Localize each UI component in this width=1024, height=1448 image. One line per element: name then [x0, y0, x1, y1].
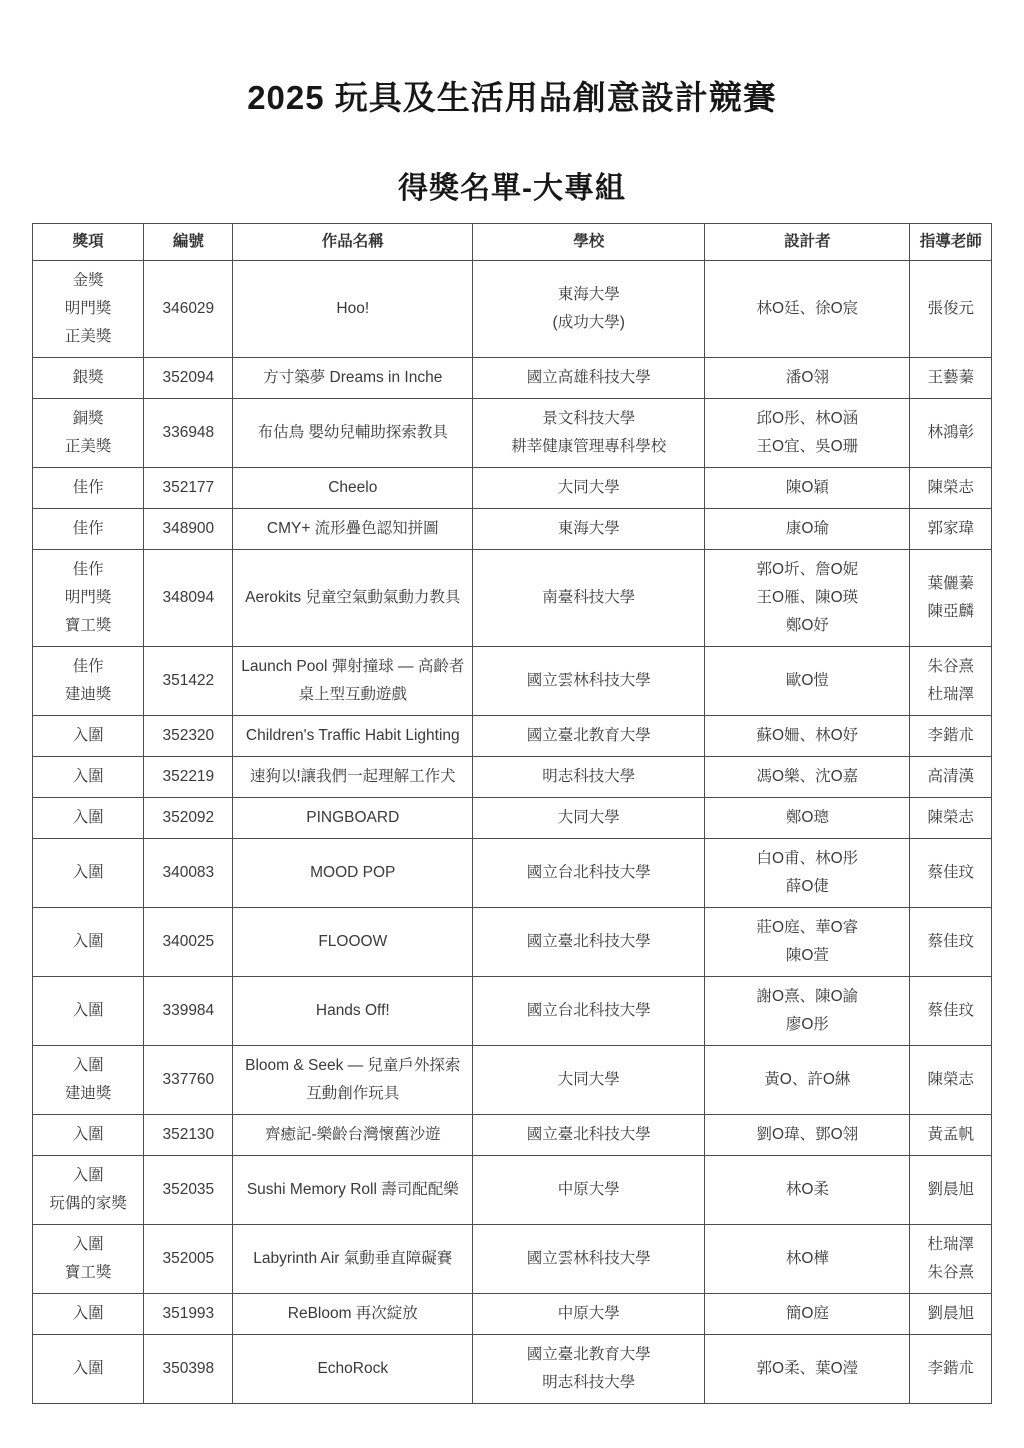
cell-line: 352035 [148, 1176, 228, 1204]
cell-line: 350398 [148, 1355, 228, 1383]
cell-line: 郭家瑋 [914, 515, 987, 543]
cell-line: 入圍 [37, 804, 139, 832]
cell-line: 339984 [148, 997, 228, 1025]
cell-line: 蔡佳玟 [914, 928, 987, 956]
entry-id-cell: 348094 [144, 550, 233, 647]
entry-id-cell: 339984 [144, 977, 233, 1046]
cell-line: 中原大學 [477, 1300, 700, 1328]
advisors-cell: 郭家瑋 [910, 509, 992, 550]
cell-line: 入圍 [37, 1121, 139, 1149]
designers-cell: 白O甫、林O彤薛O倢 [705, 839, 910, 908]
column-header: 設計者 [705, 224, 910, 261]
cell-line: 銅獎 [37, 405, 139, 433]
page-title: 2025 玩具及生活用品創意設計競賽 [32, 72, 992, 119]
award-cell: 入圍 [33, 1115, 144, 1156]
work-name-cell: FLOOOW [233, 908, 473, 977]
table-row: 入圍玩偶的家獎352035Sushi Memory Roll 壽司配配樂中原大學… [33, 1156, 992, 1225]
cell-line: 352092 [148, 804, 228, 832]
work-name-cell: Children's Traffic Habit Lighting [233, 716, 473, 757]
entry-id-cell: 346029 [144, 261, 233, 358]
cell-line: Children's Traffic Habit Lighting [237, 722, 468, 750]
table-row: 入圍352130齊癒記-樂齡台灣懷舊沙遊國立臺北科技大學劉O瑋、鄧O翎黃孟帆 [33, 1115, 992, 1156]
cell-line: 352094 [148, 364, 228, 392]
cell-line: 黃孟帆 [914, 1121, 987, 1149]
work-name-cell: Hands Off! [233, 977, 473, 1046]
cell-line: 陳榮志 [914, 1066, 987, 1094]
table-row: 佳作明門獎寶工獎348094Aerokits 兒童空氣動氣動力教具南臺科技大學郭… [33, 550, 992, 647]
cell-line: 高清漢 [914, 763, 987, 791]
cell-line: 351422 [148, 667, 228, 695]
cell-line: 佳作 [37, 556, 139, 584]
table-row: 入圍340025FLOOOW國立臺北科技大學莊O庭、華O睿陳O萱蔡佳玟 [33, 908, 992, 977]
cell-line: 莊O庭、華O睿 [709, 914, 905, 942]
work-name-cell: 齊癒記-樂齡台灣懷舊沙遊 [233, 1115, 473, 1156]
cell-line: 齊癒記-樂齡台灣懷舊沙遊 [237, 1121, 468, 1149]
award-cell: 入圍建迪獎 [33, 1046, 144, 1115]
designers-cell: 簡O庭 [705, 1294, 910, 1335]
column-header: 學校 [473, 224, 705, 261]
work-name-cell: Cheelo [233, 468, 473, 509]
designers-cell: 林O柔 [705, 1156, 910, 1225]
cell-line: 潘O翎 [709, 364, 905, 392]
cell-line: 王O雁、陳O瑛 [709, 584, 905, 612]
award-cell: 佳作 [33, 509, 144, 550]
designers-cell: 郭O柔、葉O瀅 [705, 1335, 910, 1404]
cell-line: 佳作 [37, 515, 139, 543]
cell-line: Labyrinth Air 氣動垂直障礙賽 [237, 1245, 468, 1273]
table-row: 入圍建迪獎337760Bloom & Seek — 兒童戶外探索互動創作玩具大同… [33, 1046, 992, 1115]
award-cell: 入圍 [33, 716, 144, 757]
award-cell: 金獎明門獎正美獎 [33, 261, 144, 358]
school-cell: 東海大學(成功大學) [473, 261, 705, 358]
award-cell: 入圍 [33, 757, 144, 798]
cell-line: 國立高雄科技大學 [477, 364, 700, 392]
cell-line: 林O柔 [709, 1176, 905, 1204]
cell-line: 林O樺 [709, 1245, 905, 1273]
cell-line: 金獎 [37, 267, 139, 295]
cell-line: 杜瑞澤 [914, 1231, 987, 1259]
table-row: 入圍寶工獎352005Labyrinth Air 氣動垂直障礙賽國立雲林科技大學… [33, 1225, 992, 1294]
award-cell: 銅獎正美獎 [33, 399, 144, 468]
award-cell: 佳作建迪獎 [33, 647, 144, 716]
school-cell: 東海大學 [473, 509, 705, 550]
cell-line: 林鴻彰 [914, 419, 987, 447]
school-cell: 明志科技大學 [473, 757, 705, 798]
cell-line: 明門獎 [37, 584, 139, 612]
award-cell: 佳作 [33, 468, 144, 509]
school-cell: 國立高雄科技大學 [473, 358, 705, 399]
table-row: 入圍340083MOOD POP國立台北科技大學白O甫、林O彤薛O倢蔡佳玟 [33, 839, 992, 908]
designers-cell: 謝O熹、陳O諭廖O彤 [705, 977, 910, 1046]
work-name-cell: CMY+ 流形疊色認知拼圖 [233, 509, 473, 550]
work-name-cell: 速狗以!讓我們一起理解工作犬 [233, 757, 473, 798]
designers-cell: 陳O穎 [705, 468, 910, 509]
table-row: 入圍350398EchoRock國立臺北教育大學明志科技大學郭O柔、葉O瀅李鍇朮 [33, 1335, 992, 1404]
cell-line: 佳作 [37, 474, 139, 502]
award-cell: 銀獎 [33, 358, 144, 399]
advisors-cell: 陳榮志 [910, 468, 992, 509]
entry-id-cell: 348900 [144, 509, 233, 550]
designers-cell: 林O樺 [705, 1225, 910, 1294]
entry-id-cell: 350398 [144, 1335, 233, 1404]
table-row: 入圍352320Children's Traffic Habit Lightin… [33, 716, 992, 757]
cell-line: 邱O彤、林O涵 [709, 405, 905, 433]
cell-line: 馮O樂、沈O嘉 [709, 763, 905, 791]
cell-line: 郭O柔、葉O瀅 [709, 1355, 905, 1383]
entry-id-cell: 352219 [144, 757, 233, 798]
advisors-cell: 葉儷蓁陳亞麟 [910, 550, 992, 647]
award-cell: 入圍 [33, 977, 144, 1046]
entry-id-cell: 352177 [144, 468, 233, 509]
cell-line: 李鍇朮 [914, 1355, 987, 1383]
cell-line: 佳作 [37, 653, 139, 681]
column-header: 編號 [144, 224, 233, 261]
work-name-cell: 布估鳥 嬰幼兒輔助探索教具 [233, 399, 473, 468]
cell-line: 明志科技大學 [477, 763, 700, 791]
cell-line: 方寸築夢 Dreams in Inche [237, 364, 468, 392]
cell-line: 國立臺北科技大學 [477, 1121, 700, 1149]
cell-line: 玩偶的家獎 [37, 1190, 139, 1218]
cell-line: 王O宜、吳O珊 [709, 433, 905, 461]
cell-line: 入圍 [37, 859, 139, 887]
cell-line: Aerokits 兒童空氣動氣動力教具 [237, 584, 468, 612]
cell-line: 廖O彤 [709, 1011, 905, 1039]
school-cell: 國立台北科技大學 [473, 839, 705, 908]
cell-line: 簡O庭 [709, 1300, 905, 1328]
table-row: 佳作建迪獎351422Launch Pool 彈射撞球 — 高齡者桌上型互動遊戲… [33, 647, 992, 716]
cell-line: 入圍 [37, 1162, 139, 1190]
school-cell: 南臺科技大學 [473, 550, 705, 647]
cell-line: 劉O瑋、鄧O翎 [709, 1121, 905, 1149]
advisors-cell: 杜瑞澤朱谷熹 [910, 1225, 992, 1294]
entry-id-cell: 352094 [144, 358, 233, 399]
entry-id-cell: 340025 [144, 908, 233, 977]
designers-cell: 林O廷、徐O宸 [705, 261, 910, 358]
cell-line: 鄭O妤 [709, 612, 905, 640]
work-name-cell: Hoo! [233, 261, 473, 358]
designers-cell: 莊O庭、華O睿陳O萱 [705, 908, 910, 977]
cell-line: 351993 [148, 1300, 228, 1328]
advisors-cell: 蔡佳玟 [910, 839, 992, 908]
cell-line: 白O甫、林O彤 [709, 845, 905, 873]
cell-line: 郭O圻、詹O妮 [709, 556, 905, 584]
cell-line: EchoRock [237, 1355, 468, 1383]
school-cell: 大同大學 [473, 798, 705, 839]
cell-line: 耕莘健康管理專科學校 [477, 433, 700, 461]
cell-line: 劉晨旭 [914, 1176, 987, 1204]
advisors-cell: 林鴻彰 [910, 399, 992, 468]
cell-line: 康O瑜 [709, 515, 905, 543]
designers-cell: 鄭O璁 [705, 798, 910, 839]
cell-line: 林O廷、徐O宸 [709, 295, 905, 323]
advisors-cell: 李鍇朮 [910, 1335, 992, 1404]
cell-line: 謝O熹、陳O諭 [709, 983, 905, 1011]
designers-cell: 劉O瑋、鄧O翎 [705, 1115, 910, 1156]
cell-line: 336948 [148, 419, 228, 447]
award-cell: 入圍 [33, 1294, 144, 1335]
designers-cell: 邱O彤、林O涵王O宜、吳O珊 [705, 399, 910, 468]
cell-line: 蘇O姍、林O妤 [709, 722, 905, 750]
cell-line: 340083 [148, 859, 228, 887]
cell-line: PINGBOARD [237, 804, 468, 832]
school-cell: 國立臺北教育大學明志科技大學 [473, 1335, 705, 1404]
award-cell: 入圍 [33, 839, 144, 908]
cell-line: 348900 [148, 515, 228, 543]
cell-line: 明門獎 [37, 295, 139, 323]
cell-line: 352177 [148, 474, 228, 502]
cell-line: 入圍 [37, 1231, 139, 1259]
cell-line: 入圍 [37, 763, 139, 791]
cell-line: CMY+ 流形疊色認知拼圖 [237, 515, 468, 543]
cell-line: 352005 [148, 1245, 228, 1273]
cell-line: Bloom & Seek — 兒童戶外探索互動創作玩具 [237, 1052, 468, 1108]
cell-line: 入圍 [37, 1300, 139, 1328]
cell-line: 大同大學 [477, 474, 700, 502]
school-cell: 國立臺北科技大學 [473, 1115, 705, 1156]
school-cell: 國立臺北科技大學 [473, 908, 705, 977]
cell-line: 速狗以!讓我們一起理解工作犬 [237, 763, 468, 791]
column-header: 獎項 [33, 224, 144, 261]
cell-line: 劉晨旭 [914, 1300, 987, 1328]
table-row: 銀獎352094方寸築夢 Dreams in Inche國立高雄科技大學潘O翎王… [33, 358, 992, 399]
cell-line: 正美獎 [37, 433, 139, 461]
cell-line: 入圍 [37, 928, 139, 956]
cell-line: 陳亞麟 [914, 598, 987, 626]
cell-line: 景文科技大學 [477, 405, 700, 433]
school-cell: 中原大學 [473, 1156, 705, 1225]
cell-line: 國立臺北教育大學 [477, 722, 700, 750]
cell-line: 337760 [148, 1066, 228, 1094]
work-name-cell: Launch Pool 彈射撞球 — 高齡者桌上型互動遊戲 [233, 647, 473, 716]
school-cell: 國立雲林科技大學 [473, 1225, 705, 1294]
table-row: 金獎明門獎正美獎346029Hoo!東海大學(成功大學)林O廷、徐O宸張俊元 [33, 261, 992, 358]
entry-id-cell: 352320 [144, 716, 233, 757]
page-subtitle: 得獎名單-大專組 [32, 163, 992, 207]
advisors-cell: 劉晨旭 [910, 1156, 992, 1225]
cell-line: 王藝蓁 [914, 364, 987, 392]
school-cell: 國立雲林科技大學 [473, 647, 705, 716]
cell-line: 大同大學 [477, 1066, 700, 1094]
table-row: 入圍351993ReBloom 再次綻放中原大學簡O庭劉晨旭 [33, 1294, 992, 1335]
table-header-row: 獎項編號作品名稱學校設計者指導老師 [33, 224, 992, 261]
entry-id-cell: 337760 [144, 1046, 233, 1115]
work-name-cell: ReBloom 再次綻放 [233, 1294, 473, 1335]
cell-line: Cheelo [237, 474, 468, 502]
work-name-cell: 方寸築夢 Dreams in Inche [233, 358, 473, 399]
cell-line: 大同大學 [477, 804, 700, 832]
cell-line: 340025 [148, 928, 228, 956]
cell-line: 李鍇朮 [914, 722, 987, 750]
cell-line: 國立臺北科技大學 [477, 928, 700, 956]
cell-line: 布估鳥 嬰幼兒輔助探索教具 [237, 419, 468, 447]
advisors-cell: 劉晨旭 [910, 1294, 992, 1335]
advisors-cell: 朱谷熹杜瑞澤 [910, 647, 992, 716]
school-cell: 大同大學 [473, 1046, 705, 1115]
cell-line: 352219 [148, 763, 228, 791]
cell-line: Launch Pool 彈射撞球 — 高齡者桌上型互動遊戲 [237, 653, 468, 709]
advisors-cell: 張俊元 [910, 261, 992, 358]
cell-line: 國立雲林科技大學 [477, 1245, 700, 1273]
entry-id-cell: 352092 [144, 798, 233, 839]
cell-line: 入圍 [37, 1355, 139, 1383]
cell-line: 葉儷蓁 [914, 570, 987, 598]
entry-id-cell: 340083 [144, 839, 233, 908]
cell-line: 國立台北科技大學 [477, 859, 700, 887]
designers-cell: 黃O、許O綝 [705, 1046, 910, 1115]
work-name-cell: Bloom & Seek — 兒童戶外探索互動創作玩具 [233, 1046, 473, 1115]
school-cell: 中原大學 [473, 1294, 705, 1335]
cell-line: 建迪獎 [37, 1080, 139, 1108]
cell-line: 陳O穎 [709, 474, 905, 502]
award-cell: 入圍 [33, 1335, 144, 1404]
cell-line: 建迪獎 [37, 681, 139, 709]
school-cell: 國立台北科技大學 [473, 977, 705, 1046]
cell-line: 銀獎 [37, 364, 139, 392]
cell-line: MOOD POP [237, 859, 468, 887]
cell-line: 杜瑞澤 [914, 681, 987, 709]
advisors-cell: 蔡佳玟 [910, 977, 992, 1046]
awards-table-body: 金獎明門獎正美獎346029Hoo!東海大學(成功大學)林O廷、徐O宸張俊元銀獎… [33, 261, 992, 1404]
work-name-cell: Sushi Memory Roll 壽司配配樂 [233, 1156, 473, 1225]
cell-line: Hoo! [237, 295, 468, 323]
cell-line: 348094 [148, 584, 228, 612]
award-cell: 佳作明門獎寶工獎 [33, 550, 144, 647]
cell-line: 陳O萱 [709, 942, 905, 970]
column-header: 作品名稱 [233, 224, 473, 261]
entry-id-cell: 352130 [144, 1115, 233, 1156]
cell-line: 東海大學 [477, 515, 700, 543]
cell-line: 入圍 [37, 997, 139, 1025]
cell-line: 中原大學 [477, 1176, 700, 1204]
school-cell: 大同大學 [473, 468, 705, 509]
work-name-cell: PINGBOARD [233, 798, 473, 839]
advisors-cell: 李鍇朮 [910, 716, 992, 757]
cell-line: 352130 [148, 1121, 228, 1149]
advisors-cell: 陳榮志 [910, 798, 992, 839]
designers-cell: 郭O圻、詹O妮王O雁、陳O瑛鄭O妤 [705, 550, 910, 647]
entry-id-cell: 352035 [144, 1156, 233, 1225]
table-row: 銅獎正美獎336948布估鳥 嬰幼兒輔助探索教具景文科技大學耕莘健康管理專科學校… [33, 399, 992, 468]
advisors-cell: 高清漢 [910, 757, 992, 798]
advisors-cell: 黃孟帆 [910, 1115, 992, 1156]
cell-line: Hands Off! [237, 997, 468, 1025]
school-cell: 景文科技大學耕莘健康管理專科學校 [473, 399, 705, 468]
document-page: 2025 玩具及生活用品創意設計競賽 得獎名單-大專組 獎項編號作品名稱學校設計… [0, 0, 1024, 1448]
awards-table: 獎項編號作品名稱學校設計者指導老師 金獎明門獎正美獎346029Hoo!東海大學… [32, 223, 992, 1404]
designers-cell: 馮O樂、沈O嘉 [705, 757, 910, 798]
cell-line: 346029 [148, 295, 228, 323]
advisors-cell: 陳榮志 [910, 1046, 992, 1115]
table-row: 入圍352219速狗以!讓我們一起理解工作犬明志科技大學馮O樂、沈O嘉高清漢 [33, 757, 992, 798]
cell-line: 薛O倢 [709, 873, 905, 901]
cell-line: 東海大學 [477, 281, 700, 309]
entry-id-cell: 352005 [144, 1225, 233, 1294]
cell-line: 南臺科技大學 [477, 584, 700, 612]
award-cell: 入圍 [33, 908, 144, 977]
designers-cell: 蘇O姍、林O妤 [705, 716, 910, 757]
cell-line: 朱谷熹 [914, 653, 987, 681]
cell-line: 國立雲林科技大學 [477, 667, 700, 695]
cell-line: 寶工獎 [37, 612, 139, 640]
award-cell: 入圍寶工獎 [33, 1225, 144, 1294]
cell-line: 明志科技大學 [477, 1369, 700, 1397]
cell-line: 入圍 [37, 722, 139, 750]
cell-line: 陳榮志 [914, 474, 987, 502]
award-cell: 入圍玩偶的家獎 [33, 1156, 144, 1225]
cell-line: 張俊元 [914, 295, 987, 323]
entry-id-cell: 336948 [144, 399, 233, 468]
work-name-cell: Labyrinth Air 氣動垂直障礙賽 [233, 1225, 473, 1294]
cell-line: 蔡佳玟 [914, 997, 987, 1025]
table-row: 佳作352177Cheelo大同大學陳O穎陳榮志 [33, 468, 992, 509]
cell-line: 正美獎 [37, 323, 139, 351]
column-header: 指導老師 [910, 224, 992, 261]
work-name-cell: Aerokits 兒童空氣動氣動力教具 [233, 550, 473, 647]
entry-id-cell: 351422 [144, 647, 233, 716]
cell-line: FLOOOW [237, 928, 468, 956]
cell-line: 黃O、許O綝 [709, 1066, 905, 1094]
designers-cell: 歐O愷 [705, 647, 910, 716]
designers-cell: 康O瑜 [705, 509, 910, 550]
cell-line: 入圍 [37, 1052, 139, 1080]
table-row: 入圍339984Hands Off!國立台北科技大學謝O熹、陳O諭廖O彤蔡佳玟 [33, 977, 992, 1046]
table-row: 入圍352092PINGBOARD大同大學鄭O璁陳榮志 [33, 798, 992, 839]
cell-line: 蔡佳玟 [914, 859, 987, 887]
designers-cell: 潘O翎 [705, 358, 910, 399]
cell-line: 國立台北科技大學 [477, 997, 700, 1025]
cell-line: 鄭O璁 [709, 804, 905, 832]
advisors-cell: 王藝蓁 [910, 358, 992, 399]
table-row: 佳作348900CMY+ 流形疊色認知拼圖東海大學康O瑜郭家瑋 [33, 509, 992, 550]
advisors-cell: 蔡佳玟 [910, 908, 992, 977]
cell-line: 352320 [148, 722, 228, 750]
work-name-cell: MOOD POP [233, 839, 473, 908]
cell-line: 陳榮志 [914, 804, 987, 832]
cell-line: 歐O愷 [709, 667, 905, 695]
cell-line: 國立臺北教育大學 [477, 1341, 700, 1369]
cell-line: ReBloom 再次綻放 [237, 1300, 468, 1328]
cell-line: 朱谷熹 [914, 1259, 987, 1287]
school-cell: 國立臺北教育大學 [473, 716, 705, 757]
cell-line: 寶工獎 [37, 1259, 139, 1287]
work-name-cell: EchoRock [233, 1335, 473, 1404]
award-cell: 入圍 [33, 798, 144, 839]
cell-line: (成功大學) [477, 309, 700, 337]
cell-line: Sushi Memory Roll 壽司配配樂 [237, 1176, 468, 1204]
entry-id-cell: 351993 [144, 1294, 233, 1335]
